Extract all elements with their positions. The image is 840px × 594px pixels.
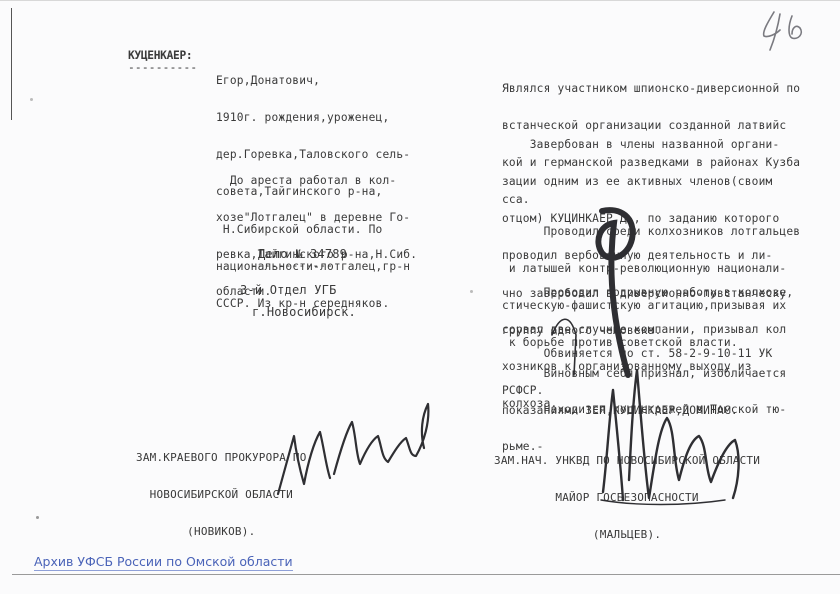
subject-underline: ---------- [128,62,197,74]
paragraph-line: Являлся участником шпионско-диверсионной… [502,83,800,95]
case-underline: ------------ [250,260,333,272]
paragraph-line: Завербован в члены названной органи- [502,139,786,151]
paper-speck [30,98,33,101]
prosecutor-handwritten-signature-icon [260,392,440,502]
department: 3-й Отдел УГБ [240,284,337,296]
page-edge-bottom [12,574,840,575]
archive-stamp: Архив УФСБ России по Омской области [34,554,293,571]
page-edge-left [11,8,12,120]
bio-line: 1910г. рождения,уроженец, [216,112,410,124]
handwritten-loop-mark-icon [580,205,650,385]
prior-work-line: До ареста работал в кол- [216,175,417,187]
paragraph-line: Проводил среди колхозников лотгальцев [502,226,800,238]
paper-speck [470,290,473,293]
archive-document-page: 46 КУЦЕНКАЕР: ---------- Егор,Донатович,… [0,0,840,594]
bio-line: Егор,Донатович, [216,75,410,87]
prior-work-line: хозе"Лотгалец" в деревне Го- [216,212,417,224]
folio-handwriting-icon [752,4,822,54]
prior-work: До ареста работал в кол- хозе"Лотгалец" … [216,150,417,324]
paragraph-line: зации одним из ее активных членов(своим [502,176,786,188]
signature-name-line: (НОВИКОВ). [136,526,307,538]
page-edge-top [0,0,840,1]
paper-speck [36,516,39,519]
signature-name-line: (МАЛЬЦЕВ). [494,529,760,541]
city: г.Новосибирск. [252,306,356,318]
nkvd-handwritten-signature-icon [595,360,745,510]
